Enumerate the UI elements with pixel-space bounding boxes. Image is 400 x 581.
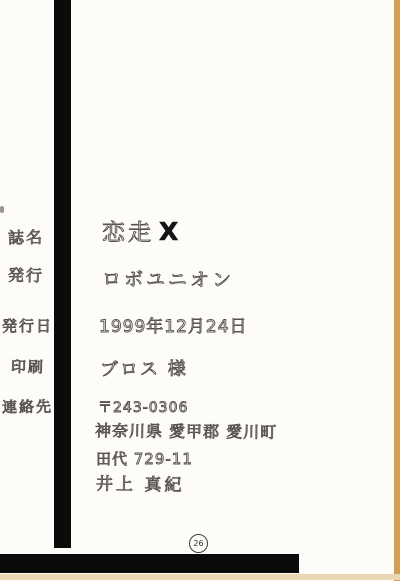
publisher-circle-name: ロボユニオン [102, 270, 234, 290]
label-contact: 連絡先 [2, 400, 53, 416]
book-title-x: X [159, 217, 178, 246]
label-publication-date: 発行日 [2, 319, 53, 334]
left-scan-border [54, 0, 71, 548]
page-number-badge: 26 [189, 534, 208, 553]
colophon-page: 誌名 発行 発行日 印刷 連絡先 恋走X ロボユニオン 1999年12月24日 … [0, 0, 400, 581]
right-edge-strip [394, 0, 400, 581]
scan-artifact-speck [0, 206, 4, 213]
label-title: 誌名 [8, 230, 44, 247]
book-title-kanji: 恋走 [102, 220, 154, 246]
contact-person-name: 井上 真紀 [96, 476, 185, 495]
book-title: 恋走X [102, 219, 178, 245]
contact-address-line1: 神奈川県 愛甲郡 愛川町 [95, 423, 277, 441]
bottom-scan-border [0, 554, 299, 573]
contact-address-line2: 田代 729-11 [96, 452, 193, 467]
publication-date: 1999年12月24日 [99, 319, 248, 336]
contact-postal-code: 〒243-0306 [98, 401, 188, 415]
label-publisher: 発行 [8, 268, 44, 285]
label-printer: 印刷 [11, 360, 45, 376]
bottom-edge-strip [0, 574, 400, 580]
printer-name: ブロス 様 [100, 361, 188, 380]
